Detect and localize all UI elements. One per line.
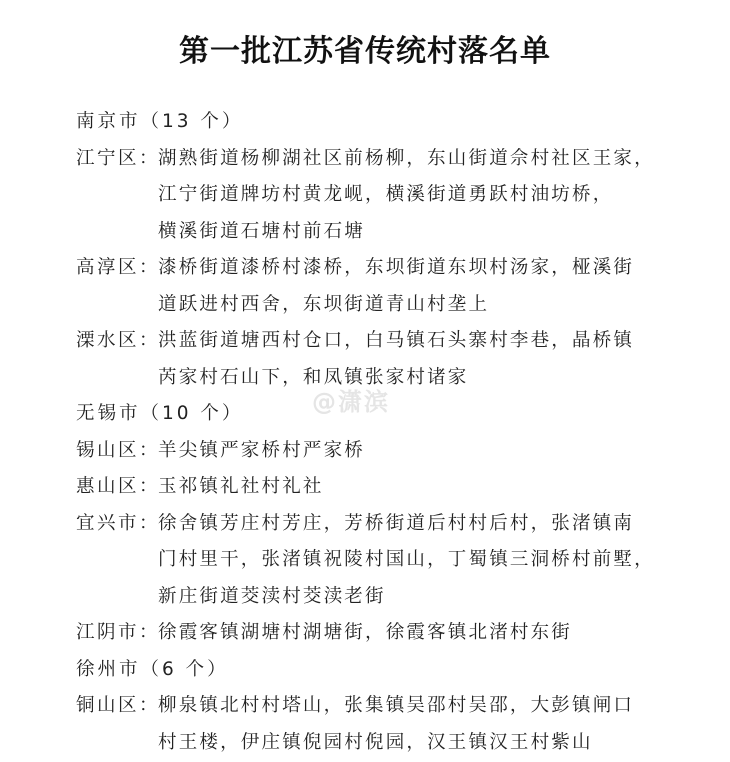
document-body: 南京市（13 个） 江宁区： 湖熟街道杨柳湖社区前杨柳，东山街道佘村社区王家， … [76,104,676,761]
district-entry-yixing: 宜兴市： 徐舍镇芳庄村芳庄，芳桥街道后村村后村，张渚镇南 门村里干，张渚镇祝陵村… [76,506,676,616]
village-list-line: 江宁街道牌坊村黄龙岘，横溪街道勇跃村油坊桥， [158,177,676,214]
village-list-line: 漆桥街道漆桥村漆桥，东坝街道东坝村汤家，桠溪街 [158,250,676,287]
village-list-line: 芮家村石山下，和凤镇张家村诸家 [158,360,676,397]
village-list-line: 洪蓝街道塘西村仓口，白马镇石头寨村李巷，晶桥镇 [158,323,676,360]
district-entry-jiangning: 江宁区： 湖熟街道杨柳湖社区前杨柳，东山街道佘村社区王家， 江宁街道牌坊村黄龙岘… [76,141,676,251]
district-label: 锡山区： [76,433,158,470]
city-heading-wuxi: 无锡市（10 个） [76,396,676,433]
district-entry-tongshan: 铜山区： 柳泉镇北村村塔山，张集镇吴邵村吴邵，大彭镇闸口 村王楼，伊庄镇倪园村倪… [76,688,676,761]
district-entry-xishan: 锡山区： 羊尖镇严家桥村严家桥 [76,433,676,470]
district-label: 江阴市： [76,615,158,652]
village-list-line: 新庄街道茭渎村茭渎老街 [158,579,676,616]
village-list-line: 柳泉镇北村村塔山，张集镇吴邵村吴邵，大彭镇闸口 [158,688,676,725]
district-entry-gaochun: 高淳区： 漆桥街道漆桥村漆桥，东坝街道东坝村汤家，桠溪街 道跃进村西舍，东坝街道… [76,250,676,323]
village-list-line: 徐舍镇芳庄村芳庄，芳桥街道后村村后村，张渚镇南 [158,506,676,543]
village-list-line: 村王楼，伊庄镇倪园村倪园，汉王镇汉王村紫山 [158,725,676,762]
document-title: 第一批江苏省传统村落名单 [0,26,730,70]
district-entry-lishui: 溧水区： 洪蓝街道塘西村仓口，白马镇石头寨村李巷，晶桥镇 芮家村石山下，和凤镇张… [76,323,676,396]
village-list-line: 道跃进村西舍，东坝街道青山村垄上 [158,287,676,324]
district-entry-jiangyin: 江阴市： 徐霞客镇湖塘村湖塘街，徐霞客镇北渚村东街 [76,615,676,652]
city-heading-xuzhou: 徐州市（6 个） [76,652,676,689]
district-entry-huishan: 惠山区： 玉祁镇礼社村礼社 [76,469,676,506]
district-label: 高淳区： [76,250,158,287]
city-heading-nanjing: 南京市（13 个） [76,104,676,141]
village-list-line: 湖熟街道杨柳湖社区前杨柳，东山街道佘村社区王家， [158,141,676,178]
village-list-line: 横溪街道石塘村前石塘 [158,214,676,251]
district-label: 江宁区： [76,141,158,178]
village-list-line: 羊尖镇严家桥村严家桥 [158,433,676,470]
village-list-line: 徐霞客镇湖塘村湖塘街，徐霞客镇北渚村东街 [158,615,676,652]
village-list-line: 玉祁镇礼社村礼社 [158,469,676,506]
district-label: 惠山区： [76,469,158,506]
district-label: 铜山区： [76,688,158,725]
district-label: 宜兴市： [76,506,158,543]
district-label: 溧水区： [76,323,158,360]
village-list-line: 门村里干，张渚镇祝陵村国山，丁蜀镇三洞桥村前墅， [158,542,676,579]
